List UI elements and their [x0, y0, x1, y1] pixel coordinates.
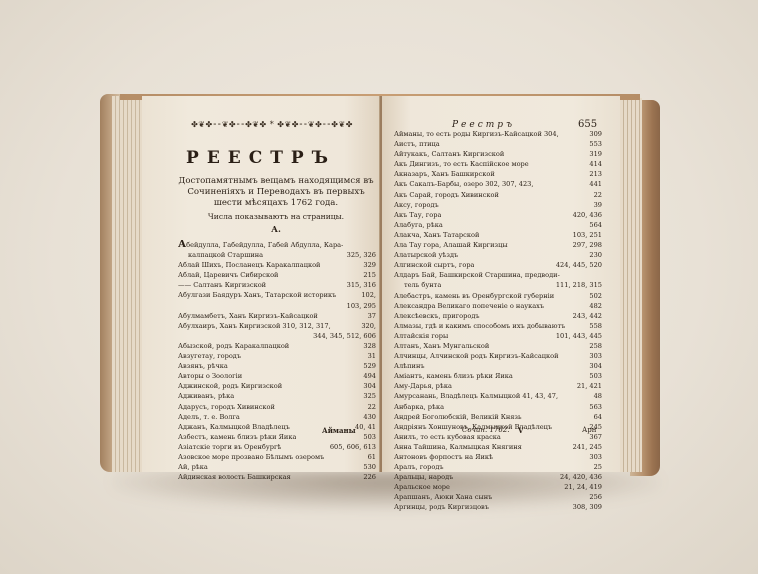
index-entry: Адарусъ, городъ Хивинской22 [178, 402, 376, 412]
ornament-header: ✤❦✤⁃⁃❦✤⁃⁃✤❦✤ * ✤❦✤⁃⁃❦✤⁃⁃✤❦✤ [172, 120, 372, 129]
index-entry: Аджинской, родъ Киргизской304 [178, 381, 376, 391]
index-entries-right: Айманы, то есть роды Киргизъ-Кайсацкой 3… [394, 129, 602, 513]
index-entry: Алтанъ, Ханъ Мунгальской258 [394, 341, 602, 351]
section-letter: А. [178, 224, 374, 234]
index-entry: Абулмамбетъ, Ханъ Киргизъ-Кайсацкой37 [178, 311, 376, 321]
index-entry: Андрей Боголюбскiй, Великiй Князь64 [394, 412, 602, 422]
index-entry: Аму-Дарья, рѣка21, 421 [394, 381, 602, 391]
index-entry: Авзугетау, городъ31 [178, 351, 376, 361]
left-page: ✤❦✤⁃⁃❦✤⁃⁃✤❦✤ * ✤❦✤⁃⁃❦✤⁃⁃✤❦✤ РЕЕСТРЪ Дост… [142, 96, 380, 472]
index-entry: Айтукакъ, Салтанъ Киргизской319 [394, 149, 602, 159]
index-entry: Авторы о Зоологiи494 [178, 371, 376, 381]
index-entry: Алгинской сыртъ, гора424, 445, 520 [394, 260, 602, 270]
index-entry: Аистъ, птица553 [394, 139, 602, 149]
index-entry: Акъ Сакалъ-Барбы, озеро 302, 307, 423,44… [394, 179, 602, 189]
catchword: Айманы [322, 426, 356, 435]
index-entry: Акъ Дингизъ, то есть Каспiйское море414 [394, 159, 602, 169]
index-entry: Алтайскiя горы101, 443, 445 [394, 331, 602, 341]
index-entry: Аргинцы, родъ Киргизцовъ308, 309 [394, 502, 602, 512]
sheet-mark: V [518, 426, 523, 435]
catchword: Арн [582, 426, 596, 434]
index-entry: Айдинская волость Башкирская226 [178, 472, 376, 482]
index-entry: Акъ Тау, гора420, 436 [394, 210, 602, 220]
index-entry: Алексѣевскъ, пригородъ243, 442 [394, 311, 602, 321]
signature: Сочин. 1762. [462, 426, 510, 434]
index-entries-left: Абейдулла, Габейдулла, Габей Абдулла, Ка… [178, 240, 376, 482]
page-edges-left [112, 96, 144, 472]
index-entry: калпацкой Старшина325, 326 [178, 250, 376, 260]
index-entry: 344, 345, 512, 606 [178, 331, 376, 341]
index-entry: Аральское море21, 24, 419 [394, 482, 602, 492]
index-entry: —— Салтанъ Киргизской315, 316 [178, 280, 376, 290]
index-entry: Абулхаиръ, Ханъ Киргизской 310, 312, 317… [178, 321, 376, 331]
index-entry: Алатырской уѣздъ230 [394, 250, 602, 260]
index-entry: Алабуга, рѣка564 [394, 220, 602, 230]
index-entry: Акъ Сарай, городъ Хивинской22 [394, 190, 602, 200]
page-title: РЕЕСТРЪ [142, 148, 380, 168]
index-entry: Амiантъ, камень близъ рѣки Яика503 [394, 371, 602, 381]
index-entry: Алѣпинъ304 [394, 361, 602, 371]
index-entry: Аралъ, городъ25 [394, 462, 602, 472]
page-subtitle: Достопамятнымъ вещамъ находящимся въ Соч… [178, 176, 374, 209]
index-entry: Ала Тау гора, Алашай Киргизцы297, 298 [394, 240, 602, 250]
index-entry: Аблай, Царевичъ Сибирской215 [178, 270, 376, 280]
index-entry: Азiатскiе торги въ Оренбургѣ605, 606, 61… [178, 442, 376, 452]
index-entry: тель бунта111, 218, 315 [394, 280, 602, 290]
index-entry: 103, 295 [178, 301, 376, 311]
index-entry: Алмазы, гдѣ и какимъ способомъ ихъ добыв… [394, 321, 602, 331]
right-page: Реестръ 655 Айманы, то есть роды Киргизъ… [382, 96, 620, 472]
index-entry: Анбарка, рѣка563 [394, 402, 602, 412]
index-entry: Аделъ, т. е. Волга430 [178, 412, 376, 422]
index-entry: Алакча, Ханъ Татарской103, 251 [394, 230, 602, 240]
index-entry: Абызской, родъ Каракалпацкой328 [178, 341, 376, 351]
index-entry: Анна Тайшина, Калмыцкая Княгиня241, 245 [394, 442, 602, 452]
index-entry: Абейдулла, Габейдулла, Габей Абдулла, Ка… [178, 240, 376, 250]
index-entry: Абулгази Баядуръ Ханъ, Татарской историк… [178, 290, 376, 300]
index-entry: Амурсанань, Владѣлецъ Калмыцкой 41, 43, … [394, 391, 602, 401]
index-entry: Азовское море прозвано Бѣлымъ озеромъ61 [178, 452, 376, 462]
index-entry: Антоновъ форпостъ на Яикѣ303 [394, 452, 602, 462]
index-entry: Айманы, то есть роды Киргизъ-Кайсацкой 3… [394, 129, 602, 139]
index-entry: Алебастръ, камень въ Оренбургской губерн… [394, 291, 602, 301]
index-entry: Акназаръ, Ханъ Башкирской213 [394, 169, 602, 179]
index-entry: Ай, рѣка530 [178, 462, 376, 472]
index-entry: Авзянъ, рѣчка529 [178, 361, 376, 371]
index-entry: Аблай Шихъ, Посланецъ Каракалпацкой329 [178, 260, 376, 270]
index-entry: Александра Великаго попеченiе о наукахъ4… [394, 301, 602, 311]
index-entry: Аральцы, народъ24, 420, 436 [394, 472, 602, 482]
index-entry: Алчинцы, Алчинской родъ Киргизъ-Кайсацко… [394, 351, 602, 361]
page-note: Числа показываютъ на страницы. [178, 212, 374, 221]
index-entry: Адживанъ, рѣка325 [178, 391, 376, 401]
index-entry: Аксу, городъ39 [394, 200, 602, 210]
index-entry: Арапшанъ, Аюки Хана сынъ256 [394, 492, 602, 502]
index-entry: Алдаръ Бай, Башкирской Старшина, предвод… [394, 270, 602, 280]
